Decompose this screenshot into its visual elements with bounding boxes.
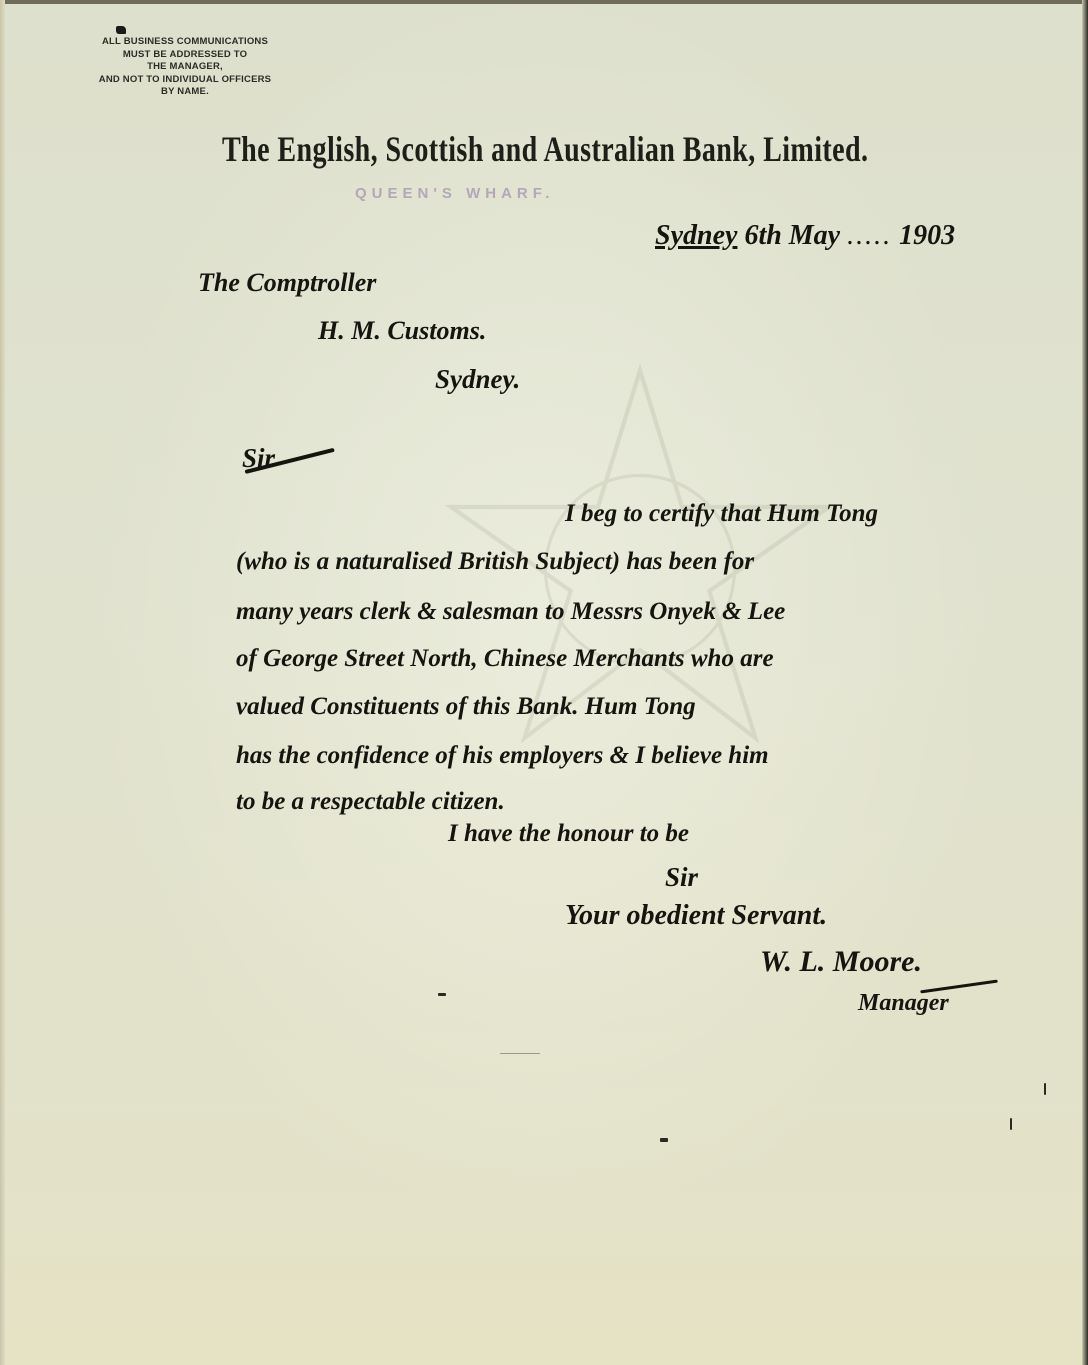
body-line: (who is a naturalised British Subject) h… [236,548,754,576]
body-line: I beg to certify that Hum Tong [565,500,878,528]
notice-line: BY NAME. [80,86,290,99]
addressee-line-3: Sydney. [435,364,520,395]
notice-line: MUST BE ADDRESSED TO [80,49,290,62]
pin-mark [116,26,126,34]
date-line: Sydney 6th May ..... 1903 [655,220,955,252]
bank-name-heading: The English, Scottish and Australian Ban… [222,128,768,170]
paper-left-edge [0,0,5,1365]
ink-speck [500,1053,540,1054]
branch-stamp: QUEEN'S WHARF. [355,185,554,202]
ink-speck [1010,1118,1012,1130]
letterhead-notice: ALL BUSINESS COMMUNICATIONS MUST BE ADDR… [80,36,290,99]
body-line: many years clerk & salesman to Messrs On… [236,598,785,626]
date-year: 1903 [899,220,955,251]
body-line: of George Street North, Chinese Merchant… [236,645,774,673]
signatory-title: Manager [858,990,949,1017]
closing-line-1: I have the honour to be [448,820,689,848]
addressee-line-2: H. M. Customs. [318,316,486,346]
body-line: to be a respectable citizen. [236,788,505,816]
date-dots: ..... [847,220,892,251]
ink-speck [438,993,446,996]
date-day-month: 6th May [744,220,840,251]
paper-right-edge [1082,0,1088,1365]
ink-speck [660,1138,668,1142]
paper-top-edge [0,0,1088,4]
notice-line: THE MANAGER, [80,61,290,74]
ink-speck [1044,1083,1046,1095]
closing-line-2: Sir [665,862,698,893]
notice-line: ALL BUSINESS COMMUNICATIONS [80,36,290,49]
letter-paper: ALL BUSINESS COMMUNICATIONS MUST BE ADDR… [0,0,1088,1365]
addressee-line-1: The Comptroller [198,268,376,298]
closing-line-3: Your obedient Servant. [565,900,827,932]
date-place: Sydney [655,220,737,251]
body-line: valued Constituents of this Bank. Hum To… [236,693,696,721]
signature: W. L. Moore. [760,945,922,979]
notice-line: AND NOT TO INDIVIDUAL OFFICERS [80,74,290,87]
body-line: has the confidence of his employers & I … [236,742,769,770]
